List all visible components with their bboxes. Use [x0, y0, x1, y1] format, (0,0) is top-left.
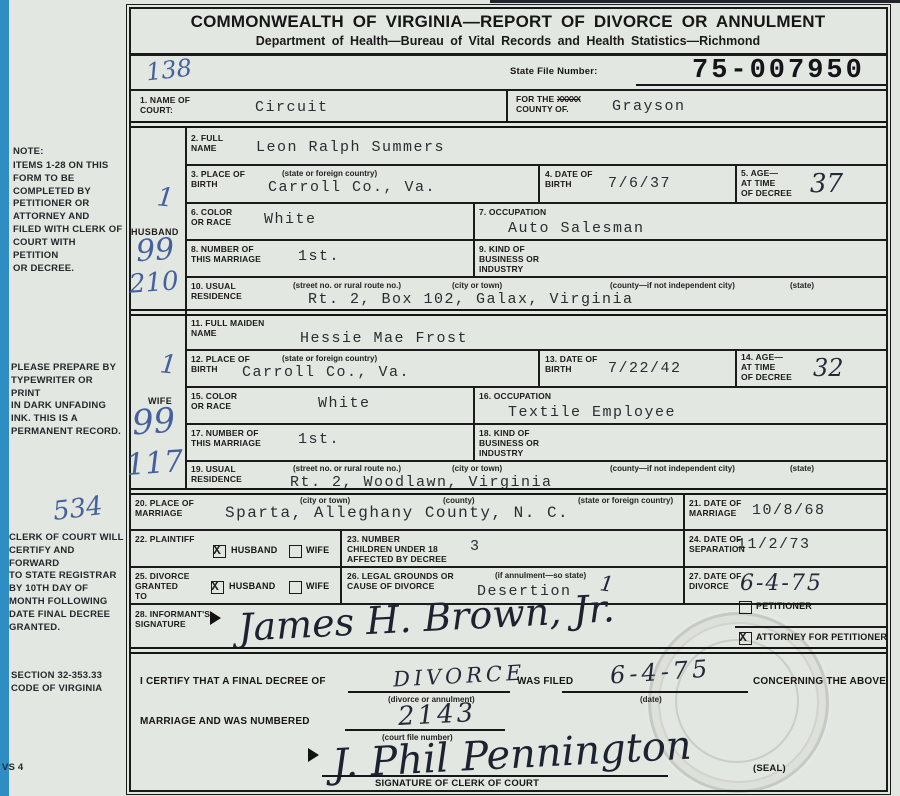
divider-line — [185, 202, 886, 204]
divider-line — [538, 164, 540, 202]
field-label: 10. USUAL RESIDENCE — [191, 281, 242, 301]
divider-line — [506, 90, 508, 121]
court-name-value: Circuit — [255, 99, 329, 116]
husband-race-value: White — [264, 211, 317, 228]
divider-line — [636, 84, 886, 86]
petitioner-checkbox — [739, 601, 752, 614]
margin-note-section: SECTION 32-353.33 CODE OF VIRGINIA — [11, 670, 125, 696]
handwritten-margin-number: 210 — [128, 266, 180, 299]
field-label: 18. KIND OF BUSINESS OR INDUSTRY — [479, 428, 539, 458]
children-under-18-value: 3 — [470, 538, 481, 555]
field-hint: (street no. or rural route no.) — [293, 464, 401, 473]
certify-text-3: CONCERNING THE ABOVE — [753, 676, 886, 687]
field-hint: (state or foreign country) — [578, 496, 673, 505]
divider-line — [185, 423, 886, 425]
granted-husband-checkbox: X — [211, 581, 224, 594]
field-label: 5. AGE— AT TIME OF DECREE — [741, 168, 792, 198]
petitioner-label: PETITIONER — [756, 601, 812, 611]
divider-line — [185, 349, 886, 351]
seal-label: (SEAL) — [753, 763, 786, 774]
field-label: 11. FULL MAIDEN NAME — [191, 318, 264, 338]
divider-line — [735, 626, 886, 628]
divider-line — [131, 89, 886, 91]
divider-line — [185, 127, 187, 489]
field-hint: (city or town) — [452, 281, 502, 290]
clerk-signature-label: SIGNATURE OF CLERK OF COURT — [375, 778, 539, 789]
wife-race-value: White — [318, 395, 371, 412]
handwritten-margin-number: 1 — [155, 182, 175, 214]
wife-marriage-number-value: 1st. — [298, 431, 340, 448]
county-value: Grayson — [612, 98, 686, 115]
margin-note-clerk: CLERK OF COURT WILL CERTIFY AND FORWARD … — [9, 532, 127, 635]
field-label: 16. OCCUPATION — [479, 391, 551, 401]
field-label: 27. DATE OF DIVORCE — [689, 571, 742, 591]
field-label: 7. OCCUPATION — [479, 207, 546, 217]
date-of-divorce-value: 6-4-75 — [740, 571, 823, 596]
field-label: 13. DATE OF BIRTH — [545, 354, 598, 374]
divider-line — [683, 493, 685, 603]
margin-note-title: NOTE: — [13, 146, 121, 159]
handwritten-margin-number: 99 — [135, 232, 176, 270]
section-divider — [131, 121, 886, 128]
scanned-divorce-report: COMMONWEALTH OF VIRGINIA—REPORT OF DIVOR… — [0, 0, 900, 796]
wife-age-value: 32 — [813, 354, 844, 382]
field-label: 2. FULL NAME — [191, 133, 223, 153]
field-label: 21. DATE OF MARRIAGE — [689, 498, 742, 518]
certify-text-2: WAS FILED — [517, 676, 573, 687]
attorney-label: ATTORNEY FOR PETITIONER — [756, 632, 887, 642]
handwritten-margin-number: 138 — [145, 54, 193, 87]
divider-line — [185, 386, 886, 388]
granted-husband-label: HUSBAND — [229, 581, 275, 591]
husband-full-name-value: Leon Ralph Summers — [256, 139, 445, 156]
divider-line — [185, 276, 886, 278]
wife-maiden-name-value: Hessie Mae Frost — [300, 330, 468, 347]
field-label: 25. DIVORCE GRANTED TO — [135, 571, 190, 601]
husband-occupation-value: Auto Salesman — [508, 220, 645, 237]
divider-line — [185, 239, 886, 241]
field-hint: (date) — [640, 695, 662, 704]
divider-line — [322, 775, 668, 777]
for-the-label: FOR THE XXXXX — [516, 94, 580, 104]
court-name-label: 1. NAME OF COURT: — [140, 95, 190, 115]
field-label: 9. KIND OF BUSINESS OR INDUSTRY — [479, 244, 539, 274]
field-hint: (state) — [790, 464, 814, 473]
handwritten-margin-number: 99 — [131, 401, 177, 444]
margin-note-prepare: PLEASE PREPARE BY TYPEWRITER OR PRINT IN… — [11, 362, 125, 439]
court-file-number-value: 2143 — [397, 698, 477, 732]
field-label: 15. COLOR OR RACE — [191, 391, 237, 411]
field-label: 19. USUAL RESIDENCE — [191, 464, 242, 484]
struck-out-word: XXXXX — [557, 94, 580, 104]
field-label: 4. DATE OF BIRTH — [545, 169, 593, 189]
field-hint: (state) — [790, 281, 814, 290]
signature-arrow-icon — [308, 748, 319, 762]
husband-marriage-number-value: 1st. — [298, 248, 340, 265]
field-hint: (if annulment—so state) — [495, 571, 586, 580]
field-hint: (street no. or rural route no.) — [293, 281, 401, 290]
wife-birthdate-value: 7/22/42 — [608, 360, 682, 377]
section-divider — [131, 647, 886, 654]
field-hint: (county—if not independent city) — [610, 281, 735, 290]
divider-line — [562, 691, 748, 693]
plaintiff-husband-checkbox: X — [213, 545, 226, 558]
margin-note-items: ITEMS 1-28 ON THIS FORM TO BE COMPLETED … — [13, 160, 123, 275]
field-hint: (state or foreign country) — [282, 169, 377, 178]
divider-line — [185, 164, 886, 166]
scan-edge-strip — [0, 0, 9, 796]
attorney-checkbox: X — [739, 632, 752, 645]
field-label: 8. NUMBER OF THIS MARRIAGE — [191, 244, 261, 264]
field-hint: (city or town) — [452, 464, 502, 473]
husband-birthdate-value: 7/6/37 — [608, 175, 671, 192]
field-label: 20. PLACE OF MARRIAGE — [135, 498, 194, 518]
section-divider — [131, 309, 886, 316]
field-label: 14. AGE— AT TIME OF DECREE — [741, 352, 792, 382]
plaintiff-wife-label: WIFE — [306, 545, 329, 555]
field-label: 6. COLOR OR RACE — [191, 207, 232, 227]
certify-text-1: I CERTIFY THAT A FINAL DECREE OF — [140, 676, 326, 687]
wife-birthplace-value: Carroll Co., Va. — [242, 364, 410, 381]
handwritten-margin-number: 1 — [158, 349, 178, 381]
field-label: 3. PLACE OF BIRTH — [191, 169, 245, 189]
form-subtitle: Department of Health—Bureau of Vital Rec… — [130, 34, 886, 48]
state-file-number-label: State File Number: — [510, 66, 598, 77]
certify-text-4: MARRIAGE AND WAS NUMBERED — [140, 716, 310, 727]
plaintiff-husband-label: HUSBAND — [231, 545, 277, 555]
divider-line — [735, 164, 737, 202]
divider-line — [185, 460, 886, 462]
divider-line — [538, 349, 540, 386]
form-code: VS 4 — [2, 762, 62, 775]
field-label: 17. NUMBER OF THIS MARRIAGE — [191, 428, 261, 448]
husband-age-value: 37 — [810, 169, 843, 199]
place-of-marriage-value: Sparta, Alleghany County, N. C. — [225, 504, 569, 522]
divider-line — [131, 529, 886, 531]
field-hint: (county—if not independent city) — [610, 464, 735, 473]
field-label: 23. NUMBER CHILDREN UNDER 18 AFFECTED BY… — [347, 534, 447, 564]
signature-arrow-icon — [210, 611, 221, 625]
county-of-label: COUNTY OF. — [516, 104, 569, 114]
date-of-marriage-value: 10/8/68 — [752, 502, 826, 519]
field-label: 26. LEGAL GROUNDS OR CAUSE OF DIVORCE — [347, 571, 454, 591]
handwritten-margin-number: 534 — [51, 491, 104, 527]
granted-wife-label: WIFE — [306, 581, 329, 591]
granted-wife-checkbox — [289, 581, 302, 594]
date-of-separation-value: 11/2/73 — [737, 536, 811, 553]
state-file-number-value: 75-007950 — [692, 56, 865, 86]
handwritten-margin-number: 117 — [125, 444, 185, 483]
form-title: COMMONWEALTH OF VIRGINIA—REPORT OF DIVOR… — [130, 12, 886, 32]
husband-birthplace-value: Carroll Co., Va. — [268, 179, 436, 196]
divider-line — [348, 691, 510, 693]
divider-line — [735, 349, 737, 386]
field-label: 28. INFORMANT'S SIGNATURE — [135, 609, 210, 629]
divider-line — [131, 566, 886, 568]
wife-occupation-value: Textile Employee — [508, 404, 676, 421]
scan-top-shadow — [490, 0, 900, 3]
plaintiff-wife-checkbox — [289, 545, 302, 558]
field-label: 22. PLAINTIFF — [135, 534, 195, 544]
field-hint: (state or foreign country) — [282, 354, 377, 363]
husband-residence-value: Rt. 2, Box 102, Galax, Virginia — [308, 291, 634, 308]
section-divider — [131, 488, 886, 495]
